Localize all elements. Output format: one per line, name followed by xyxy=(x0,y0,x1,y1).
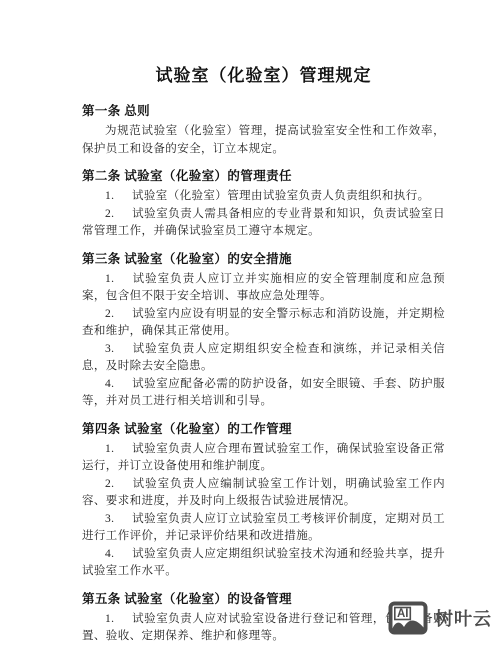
document-title: 试验室（化验室）管理规定 xyxy=(82,64,445,88)
ai-image-icon: AI xyxy=(388,601,428,635)
item-text: 试验室负责人应编制试验室工作计划，明确试验室工作内容、要求和进度，并及时向上级报… xyxy=(82,478,445,508)
document-page: 试验室（化验室）管理规定 第一条 总则 为规范试验室（化验室）管理，提高试验室安… xyxy=(0,0,500,647)
numbered-item: 2.试验室内应设有明显的安全警示标志和消防设施，并定期检查和维护，确保其正常使用… xyxy=(82,306,445,341)
watermark: AI 树叶云 xyxy=(388,601,492,635)
item-text: 试验室（化验室）管理由试验室负责人负责组织和执行。 xyxy=(132,190,430,202)
item-text: 试验室应配备必需的防护设备，如安全眼镜、手套、防护服等，并对员工进行相关培训和引… xyxy=(82,378,445,408)
item-number: 1. xyxy=(105,271,132,289)
item-number: 1. xyxy=(105,441,132,459)
numbered-item: 3.试验室负责人应订立试验室员工考核评价制度，定期对员工进行工作评价，并记录评价… xyxy=(82,511,445,546)
item-text: 试验室负责人应定期组织安全检查和演练，并记录相关信息，及时除去安全隐患。 xyxy=(82,343,445,373)
item-number: 2. xyxy=(105,306,132,324)
item-text: 试验室内应设有明显的安全警示标志和消防设施，并定期检查和维护，确保其正常使用。 xyxy=(82,308,445,338)
numbered-item: 1.试验室（化验室）管理由试验室负责人负责组织和执行。 xyxy=(82,188,445,206)
section-management-duty: 第二条 试验室（化验室）的管理责任 1.试验室（化验室）管理由试验室负责人负责组… xyxy=(82,167,445,241)
numbered-item: 1.试验室负责人应合理布置试验室工作，确保试验室设备正常运行，并订立设备使用和维… xyxy=(82,441,445,476)
item-text: 试验室负责人需具备相应的专业背景和知识，负责试验室日常管理工作，并确保试验室员工… xyxy=(82,208,445,238)
item-text: 试验室负责人应定期组织试验室技术沟通和经验共享，提升试验室工作水平。 xyxy=(82,548,445,578)
item-text: 试验室负责人应订立试验室员工考核评价制度，定期对员工进行工作评价，并记录评价结果… xyxy=(82,513,445,543)
section-heading-4: 第四条 试验室（化验室）的工作管理 xyxy=(82,420,445,438)
item-number: 3. xyxy=(105,511,132,529)
item-number: 1. xyxy=(105,611,132,629)
section-heading-3: 第三条 试验室（化验室）的安全措施 xyxy=(82,250,445,268)
numbered-item: 2.试验室负责人应编制试验室工作计划，明确试验室工作内容、要求和进度，并及时向上… xyxy=(82,476,445,511)
ai-icon-label: AI xyxy=(397,608,409,620)
watermark-brand-text: 树叶云 xyxy=(435,605,492,631)
item-number: 2. xyxy=(105,476,132,494)
item-number: 2. xyxy=(105,206,132,224)
numbered-item: 4.试验室应配备必需的防护设备，如安全眼镜、手套、防护服等，并对员工进行相关培训… xyxy=(82,376,445,411)
section-safety-measures: 第三条 试验室（化验室）的安全措施 1.试验室负责人应订立并实施相应的安全管理制… xyxy=(82,250,445,411)
item-number: 4. xyxy=(105,376,132,394)
numbered-item: 3.试验室负责人应定期组织安全检查和演练，并记录相关信息，及时除去安全隐患。 xyxy=(82,341,445,376)
item-number: 1. xyxy=(105,188,132,206)
item-text: 试验室负责人应合理布置试验室工作，确保试验室设备正常运行，并订立设备使用和维护制… xyxy=(82,443,445,473)
section-heading-2: 第二条 试验室（化验室）的管理责任 xyxy=(82,167,445,185)
section-general: 第一条 总则 为规范试验室（化验室）管理，提高试验室安全性和工作效率，保护员工和… xyxy=(82,102,445,158)
section-work-management: 第四条 试验室（化验室）的工作管理 1.试验室负责人应合理布置试验室工作，确保试… xyxy=(82,420,445,581)
numbered-item: 2.试验室负责人需具备相应的专业背景和知识，负责试验室日常管理工作，并确保试验室… xyxy=(82,206,445,241)
item-number: 3. xyxy=(105,341,132,359)
item-number: 4. xyxy=(105,546,132,564)
paragraph: 为规范试验室（化验室）管理，提高试验室安全性和工作效率，保护员工和设备的安全，订… xyxy=(82,123,445,158)
section-heading-1: 第一条 总则 xyxy=(82,102,445,120)
numbered-item: 1.试验室负责人应订立并实施相应的安全管理制度和应急预案，包含但不限于安全培训、… xyxy=(82,271,445,306)
item-text: 试验室负责人应订立并实施相应的安全管理制度和应急预案，包含但不限于安全培训、事故… xyxy=(82,273,445,303)
numbered-item: 4.试验室负责人应定期组织试验室技术沟通和经验共享，提升试验室工作水平。 xyxy=(82,546,445,581)
